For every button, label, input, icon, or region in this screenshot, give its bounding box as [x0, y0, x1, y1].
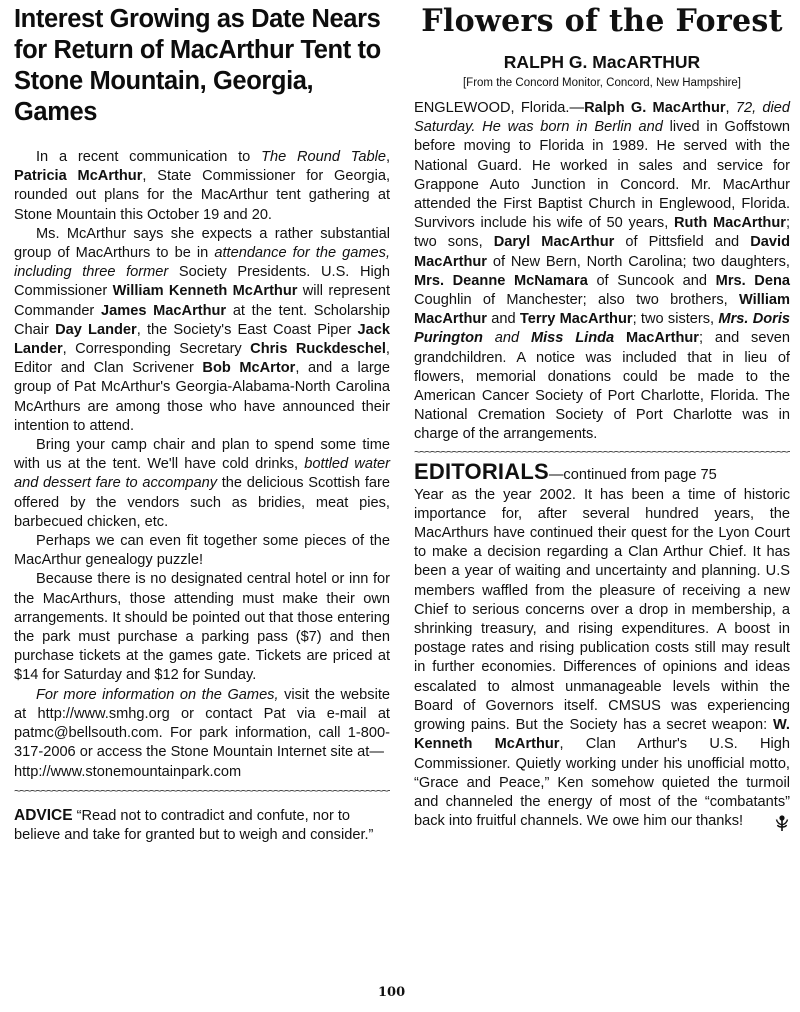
paragraph-6: For more information on the Games, visit…: [14, 686, 390, 763]
person-name: Ruth MacArthur: [674, 215, 786, 231]
editorials-body: Year as the year 2002. It has been a tim…: [414, 486, 790, 832]
paragraph-1: In a recent communication to The Round T…: [14, 148, 390, 225]
person-name: Day Lander: [55, 322, 137, 338]
right-column: Flowers of the Forest RALPH G. MacARTHUR…: [414, 0, 790, 832]
person-name: Patricia McArthur: [14, 168, 142, 184]
article-body: In a recent communication to The Round T…: [14, 148, 390, 782]
text: of Pittsfield and: [614, 234, 750, 250]
text: ,: [726, 100, 736, 116]
dateline: ENGLEWOOD, Florida.—: [414, 100, 584, 116]
person-name: Chris Ruckdeschel: [250, 341, 386, 357]
editorial-paragraph: Year as the year 2002. It has been a tim…: [414, 486, 790, 832]
text: ,: [386, 149, 390, 165]
paragraph-4: Perhaps we can even fit together some pi…: [14, 532, 390, 570]
source-credit: [From the Concord Monitor, Concord, New …: [414, 75, 790, 91]
article-headline: Interest Growing as Date Nears for Retur…: [14, 4, 390, 128]
person-name: James MacArthur: [101, 303, 226, 319]
continued-note: —continued from page 75: [549, 467, 717, 483]
text-italic: For more information on the Games,: [36, 687, 279, 703]
section-title: Flowers of the Forest: [420, 3, 785, 39]
advice-label: ADVICE: [14, 807, 73, 824]
text: ; two sisters,: [633, 311, 719, 327]
text: and: [487, 311, 520, 327]
person-name: Bob McArtor: [202, 360, 295, 376]
paragraph-3: Bring your camp chair and plan to spend …: [14, 436, 390, 532]
wavy-divider: ~~~~~~~~~~~~~~~~~~~~~~~~~~~~~~~~~~~~~~~~…: [414, 447, 790, 459]
person-name: Miss Linda: [531, 330, 614, 346]
person-name: Terry MacArthur: [520, 311, 633, 327]
person-name: Mrs. Dena: [716, 273, 790, 289]
person-name: MacArthur: [614, 330, 699, 346]
thistle-icon: [774, 814, 790, 832]
text: , Corresponding Secretary: [63, 341, 251, 357]
paragraph-2: Ms. McArthur says she expects a rather s…: [14, 225, 390, 436]
paragraph-5: Because there is no designated central h…: [14, 570, 390, 685]
page-number: 100: [378, 985, 405, 1000]
editorials-heading: EDITORIALS—continued from page 75: [414, 461, 790, 486]
text-italic: and: [483, 330, 531, 346]
website-url[interactable]: http://www.stonemountainpark.com: [14, 763, 390, 782]
obituary-byline: RALPH G. MacARTHUR: [414, 52, 790, 72]
person-name: Daryl MacArthur: [494, 234, 615, 250]
text: ; and seven grandchildren. A notice was …: [414, 330, 790, 442]
left-column: Interest Growing as Date Nears for Retur…: [14, 0, 390, 845]
obituary-body: ENGLEWOOD, Florida.—Ralph G. MacArthur, …: [414, 99, 790, 445]
person-name: William Kenneth McArthur: [113, 283, 298, 299]
person-name: Mrs. Deanne McNamara: [414, 273, 588, 289]
text: of Suncook and: [588, 273, 716, 289]
text: Year as the year 2002. It has been a tim…: [414, 487, 790, 733]
editorials-title: EDITORIALS: [414, 459, 549, 484]
person-name: Ralph G. MacArthur: [584, 100, 725, 116]
obituary-paragraph: ENGLEWOOD, Florida.—Ralph G. MacArthur, …: [414, 99, 790, 445]
text: Coughlin of Manchester; also two brother…: [414, 292, 739, 308]
wavy-divider: ~~~~~~~~~~~~~~~~~~~~~~~~~~~~~~~~~~~~~~~~…: [14, 786, 390, 798]
advice-box: ADVICE “Read not to contradict and confu…: [14, 806, 390, 845]
text: In a recent communication to: [36, 149, 261, 165]
publication-title: The Round Table: [261, 149, 386, 165]
text: of New Bern, North Carolina; two daughte…: [487, 254, 790, 270]
text: , the Society's East Coast Piper: [137, 322, 358, 338]
